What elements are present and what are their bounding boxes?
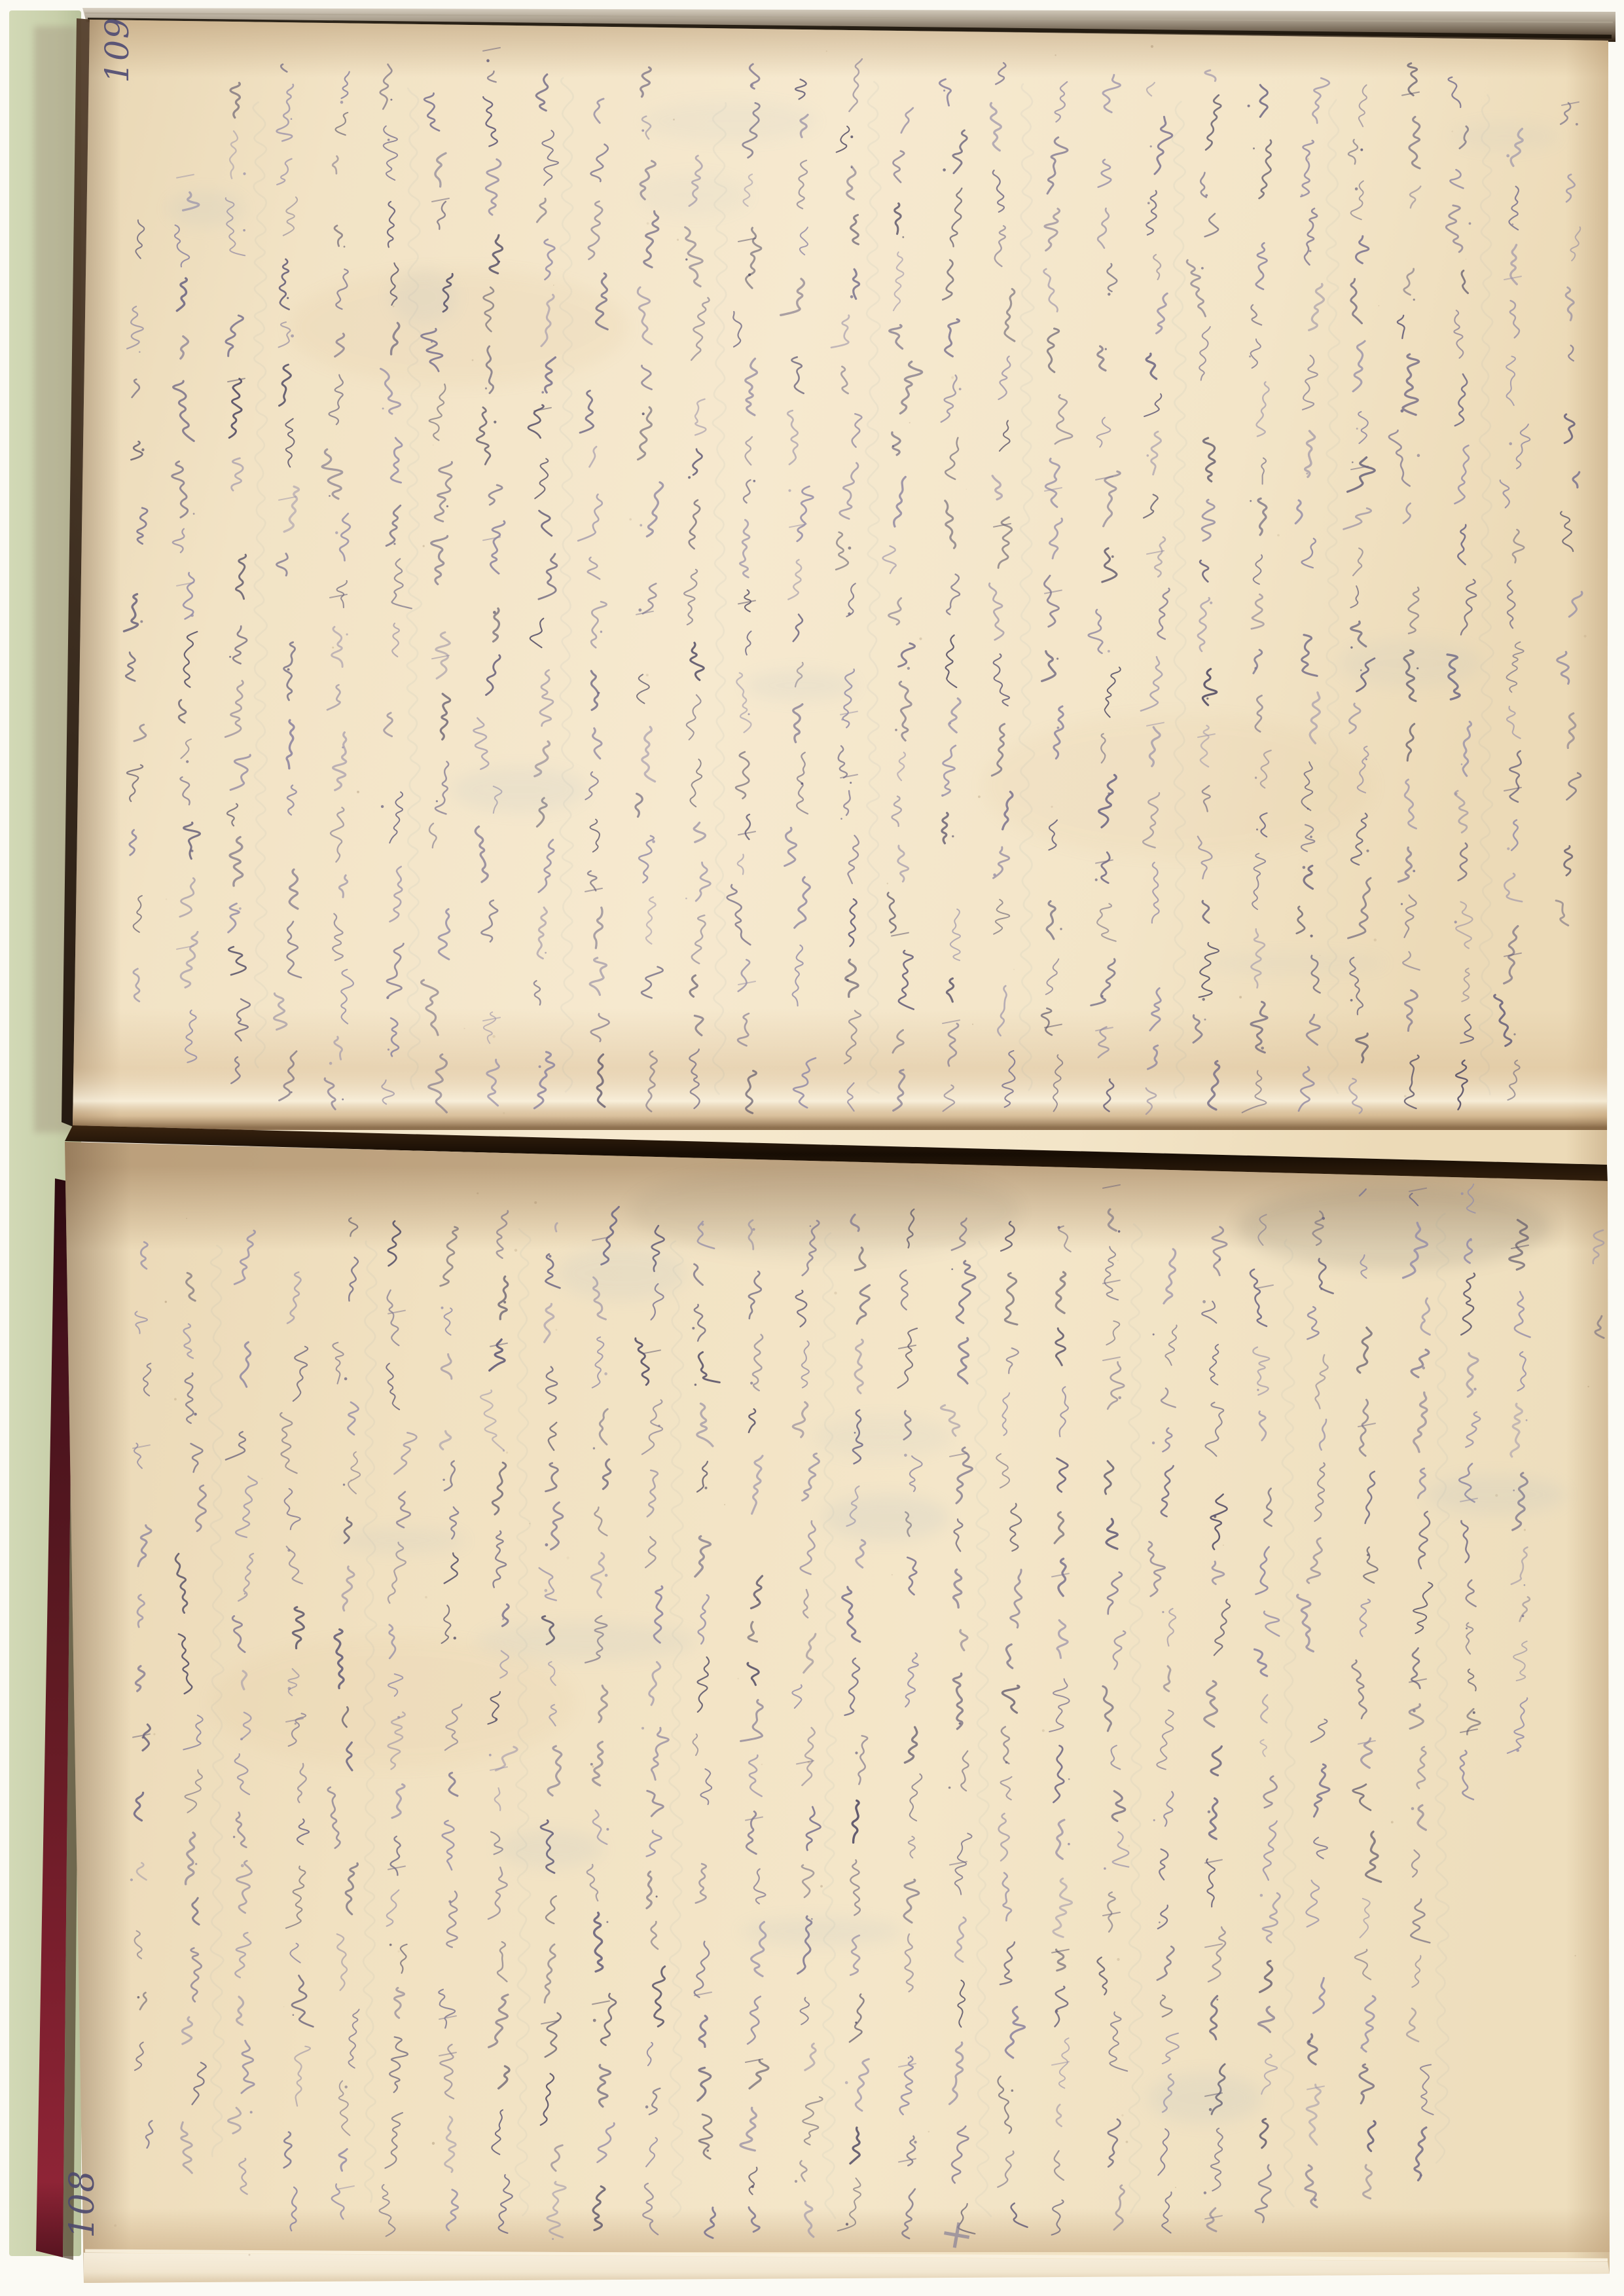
handwriting-dot (329, 495, 331, 497)
handwriting-dot (1352, 462, 1354, 464)
handwriting-dot (195, 1863, 197, 1865)
handwriting-dot (425, 1596, 427, 1599)
handwriting-dot (1151, 45, 1153, 48)
handwriting-dot (605, 1574, 608, 1577)
handwriting-dot (642, 412, 645, 415)
handwriting-dot (887, 883, 888, 884)
handwriting-dot (1068, 1843, 1070, 1846)
handwriting-dot (344, 246, 346, 247)
handwriting-dot (1473, 1388, 1476, 1391)
handwriting-dot (1310, 935, 1313, 938)
handwriting-dot (756, 1599, 759, 1601)
handwriting-dot (436, 800, 438, 802)
handwriting-dot (1309, 250, 1312, 253)
handwriting-dot (1013, 969, 1015, 970)
ink-show-through (744, 670, 857, 701)
handwriting-dot (388, 139, 390, 141)
handwriting-dot (1058, 1226, 1060, 1229)
ink-show-through (814, 1416, 952, 1458)
handwriting-dot (892, 1575, 893, 1576)
handwriting-dot (390, 99, 392, 101)
handwriting-dot (186, 1218, 187, 1219)
handwriting-dot (1118, 1230, 1121, 1233)
handwriting-dot (539, 1065, 541, 1068)
handwriting-dot (1011, 2089, 1014, 2092)
handwriting-dot (1307, 808, 1309, 810)
handwriting-dot (1350, 646, 1352, 648)
handwriting-dot (534, 1201, 537, 1204)
handwriting-dot (1314, 2198, 1317, 2202)
handwriting-dot (243, 172, 245, 175)
handwriting-dot (397, 1716, 400, 1719)
handwriting-dot (1583, 635, 1586, 638)
ink-show-through (642, 101, 818, 141)
scan-image: 109 108 + (0, 0, 1624, 2296)
handwriting-dot (432, 2142, 435, 2145)
handwriting-dot (552, 2238, 554, 2240)
handwriting-dot (142, 1736, 145, 1739)
handwriting-dot (1147, 454, 1149, 457)
handwriting-dot (186, 760, 189, 763)
handwriting-dot (350, 1479, 352, 1481)
handwriting-dot (382, 408, 384, 410)
handwriting-dot (1350, 999, 1353, 1002)
handwriting-dot (1301, 194, 1303, 196)
handwriting-dot (972, 1024, 973, 1025)
handwriting-dot (332, 647, 334, 649)
ink-show-through (497, 1830, 604, 1868)
handwriting-dot (549, 1255, 551, 1258)
foxing-stain (288, 268, 628, 386)
handwriting-dot (1150, 145, 1152, 147)
handwriting-dot (1401, 409, 1404, 412)
handwriting-dot (506, 1451, 508, 1453)
handwriting-dot (638, 608, 641, 611)
handwriting-dot (753, 480, 756, 483)
right-edge-shadow (1566, 1178, 1612, 2285)
handwriting-dot (165, 1301, 167, 1303)
handwriting-dot (848, 612, 850, 615)
handwriting-dot (1587, 1386, 1589, 1387)
handwriting-dot (1461, 763, 1463, 765)
handwriting-dot (1159, 1922, 1161, 1923)
handwriting-dot (153, 1733, 155, 1735)
handwriting-dot (239, 907, 242, 910)
handwriting-dot (1413, 1709, 1416, 1713)
handwriting-dot (529, 1523, 530, 1524)
handwriting-dot (606, 1828, 609, 1831)
handwriting-dot (1152, 1442, 1155, 1444)
handwriting-dot (1204, 2191, 1206, 2194)
handwriting-dot (446, 505, 448, 507)
handwriting-dot (433, 445, 434, 446)
page-number-108: 108 (63, 2169, 102, 2238)
handwriting-dot (1374, 939, 1377, 941)
handwriting-dot (340, 101, 344, 104)
handwriting-dot (941, 794, 944, 797)
handwriting-dot (850, 295, 854, 299)
handwriting-dot (1162, 1611, 1164, 1613)
handwriting-dot (1526, 1419, 1528, 1421)
handwriting-dot (1056, 658, 1058, 660)
handwriting-dot (1055, 2010, 1058, 2013)
handwriting-dot (1470, 1239, 1472, 1241)
handwriting-dot (1255, 776, 1257, 778)
handwriting-dot (567, 1557, 569, 1559)
handwriting-dot (1210, 602, 1212, 604)
handwriting-dot (1108, 650, 1110, 653)
handwriting-dot (1277, 534, 1280, 537)
handwriting-dot (652, 840, 655, 843)
handwriting-dot (826, 50, 827, 52)
handwriting-dot (329, 1062, 333, 1065)
handwriting-dot (477, 1192, 478, 1194)
handwriting-dot (724, 1504, 725, 1505)
handwriting-dot (1466, 259, 1467, 260)
handwriting-dot (1057, 727, 1060, 729)
ink-show-through (390, 270, 457, 325)
handwriting-dot (1303, 866, 1306, 869)
page-number-109: 109 (98, 16, 136, 82)
handwriting-dot (1576, 123, 1578, 126)
handwriting-dot (1208, 1810, 1210, 1813)
handwriting-dot (1202, 1300, 1206, 1303)
handwriting-dot (1121, 2114, 1123, 2116)
handwriting-dot (788, 489, 791, 492)
handwriting-dot (1367, 1554, 1369, 1556)
gray-smudge (1237, 1185, 1551, 1269)
handwriting-dot (233, 1836, 235, 1838)
handwriting-dot (810, 1226, 812, 1228)
handwriting-dot (1101, 995, 1103, 997)
handwriting-dot (393, 306, 395, 308)
handwriting-dot (1051, 806, 1053, 808)
gray-smudge (628, 1164, 1021, 1258)
handwriting-dot (114, 2225, 117, 2227)
handwriting-dot (695, 1383, 696, 1385)
handwriting-dot (1257, 1389, 1259, 1391)
handwriting-dot (498, 261, 500, 263)
handwriting-dot (485, 388, 487, 390)
handwriting-dot (423, 545, 425, 547)
handwriting-dot (751, 84, 753, 86)
handwriting-dot (291, 118, 293, 120)
handwriting-dot (398, 1950, 400, 1952)
handwriting-dot (555, 1329, 557, 1331)
handwriting-dot (1306, 473, 1308, 475)
handwriting-dot (701, 1223, 704, 1226)
handwriting-dot (545, 1589, 548, 1592)
handwriting-dot (1401, 903, 1403, 905)
handwriting-dot (952, 835, 954, 837)
handwriting-dot (1509, 443, 1512, 446)
handwriting-dot (1466, 1628, 1468, 1630)
handwriting-dot (1223, 1544, 1224, 1546)
handwriting-dot (250, 2111, 253, 2113)
handwriting-dot (343, 1484, 345, 1485)
handwriting-dot (1249, 355, 1251, 357)
handwriting-dot (951, 1268, 953, 1270)
handwriting-dot (431, 341, 433, 343)
handwriting-dot (141, 448, 144, 451)
handwriting-dot (1522, 1615, 1525, 1618)
handwriting-dot (1507, 847, 1509, 850)
ink-show-through (1339, 639, 1483, 687)
handwriting-dot (464, 1028, 465, 1029)
handwriting-dot (503, 1449, 505, 1451)
handwriting-dot (1250, 500, 1252, 502)
handwriting-dot (1365, 758, 1367, 760)
handwriting-dot (646, 674, 649, 676)
handwriting-dot (855, 2022, 857, 2024)
handwriting-dot (848, 547, 852, 550)
handwriting-dot (1005, 1761, 1008, 1764)
handwriting-dot (1147, 202, 1150, 204)
handwriting-dot (966, 488, 967, 490)
handwriting-dot (1216, 1999, 1218, 2001)
handwriting-dot (1413, 299, 1415, 301)
handwriting-dot (541, 391, 544, 393)
handwriting-dot (1422, 1366, 1425, 1369)
handwriting-dot (909, 422, 911, 424)
handwriting-dot (1417, 454, 1420, 457)
handwriting-dot (288, 1687, 291, 1690)
handwriting-dot (386, 996, 389, 999)
handwriting-dot (851, 166, 853, 168)
handwriting-dot (448, 1901, 451, 1903)
handwriting-dot (495, 1719, 497, 1721)
handwriting-dot (342, 1099, 344, 1101)
handwriting-dot (753, 1228, 755, 1231)
handwriting-dot (166, 898, 167, 900)
handwriting-dot (1108, 792, 1110, 795)
handwriting-dot (692, 1327, 695, 1330)
handwriting-dot (705, 1487, 708, 1489)
ink-show-through (338, 1528, 466, 1553)
handwriting-dot (1322, 1217, 1325, 1220)
scanned-notebook-photo: 109 108 + (0, 0, 1624, 2296)
handwriting-dot (641, 1727, 644, 1730)
ink-show-through (822, 1495, 949, 1540)
handwriting-dot (1254, 667, 1257, 670)
handwriting-dot (748, 274, 751, 276)
handwriting-dot (1473, 1711, 1475, 1714)
handwriting-dot (1506, 155, 1509, 158)
handwriting-dot (1153, 1819, 1155, 1821)
handwriting-dot (261, 1478, 262, 1480)
handwriting-dot (850, 136, 853, 138)
handwriting-dot (841, 718, 843, 720)
handwriting-dot (454, 1637, 456, 1639)
handwriting-dot (393, 543, 395, 545)
handwriting-dot (1259, 271, 1262, 274)
handwriting-dot (1202, 998, 1205, 1000)
handwriting-dot (846, 979, 849, 981)
handwriting-dot (244, 1593, 246, 1595)
handwriting-dot (1469, 223, 1471, 225)
handwriting-dot (993, 873, 996, 876)
handwriting-dot (855, 1751, 857, 1754)
handwriting-dot (441, 1307, 444, 1309)
handwriting-dot (1256, 829, 1258, 831)
handwriting-dot (1356, 428, 1358, 429)
handwriting-dot (1413, 870, 1415, 873)
crease-shadow (63, 2208, 1614, 2252)
handwriting-dot (1108, 293, 1110, 295)
handwriting-dot (1320, 955, 1320, 956)
handwriting-dot (907, 667, 910, 670)
handwriting-dot (193, 513, 195, 515)
handwriting-dot (606, 1921, 608, 1923)
handwriting-dot (908, 2057, 910, 2059)
handwriting-dot (1308, 2040, 1310, 2043)
handwriting-dot (1068, 1778, 1070, 1780)
page-109-paper (73, 20, 1608, 1165)
handwriting-dot (346, 633, 348, 635)
handwriting-dot (1420, 2174, 1422, 2177)
handwriting-dot (685, 259, 687, 261)
handwriting-dot (139, 351, 141, 353)
handwriting-dot (1126, 2141, 1128, 2143)
handwriting-dot (1454, 920, 1457, 923)
handwriting-stroke (1612, 1220, 1623, 1324)
handwriting-dot (1253, 147, 1255, 149)
handwriting-dot (486, 59, 490, 62)
handwriting-dot (492, 1035, 495, 1038)
handwriting-dot (345, 2086, 348, 2088)
handwriting-dot (750, 1382, 753, 1385)
handwriting-dot (1355, 187, 1358, 191)
handwriting-dot (1524, 1529, 1526, 1531)
handwriting-dot (640, 524, 642, 526)
handwriting-dot (1516, 1749, 1519, 1752)
handwriting-dot (1411, 1807, 1415, 1810)
handwriting-dot (545, 1543, 549, 1546)
handwriting-dot (949, 722, 951, 724)
handwriting-dot (1310, 835, 1312, 838)
handwriting-dot (1104, 1867, 1106, 1870)
handwriting-dot (1111, 555, 1114, 558)
handwriting-dot (761, 1764, 763, 1765)
handwriting-dot (840, 818, 842, 820)
handwriting-dot (688, 476, 691, 479)
ink-show-through (1199, 953, 1388, 974)
handwriting-dot (381, 805, 384, 808)
handwriting-dot (130, 1878, 133, 1881)
handwriting-dot (919, 638, 922, 640)
ink-show-through (1450, 122, 1561, 151)
ink-show-through (740, 1918, 903, 1945)
handwriting-dot (1055, 54, 1056, 56)
handwriting-dot (1153, 1334, 1155, 1336)
handwriting-dot (951, 376, 954, 379)
handwriting-dot (948, 1787, 951, 1789)
handwriting-dot (229, 656, 231, 658)
handwriting-dot (593, 1448, 595, 1449)
handwriting-dot (1118, 1396, 1121, 1400)
handwriting-dot (656, 1895, 658, 1897)
handwriting-dot (895, 729, 897, 731)
handwriting-dot (1128, 1845, 1130, 1847)
handwriting-dot (545, 952, 547, 954)
handwriting-dot (1360, 2047, 1362, 2049)
handwriting-dot (249, 2254, 251, 2256)
handwriting-dot (335, 532, 338, 534)
handwriting-dot (978, 795, 981, 798)
handwriting-dot (388, 1049, 389, 1051)
handwriting-dot (442, 1479, 444, 1481)
handwriting-dot (293, 2014, 295, 2016)
handwriting-dot (174, 1398, 177, 1400)
handwriting-dot (820, 1885, 823, 1887)
handwriting-dot (1366, 850, 1369, 852)
handwriting-dot (1201, 267, 1204, 270)
handwriting-dot (928, 2131, 930, 2133)
handwriting-dot (1239, 996, 1242, 998)
handwriting-dot (243, 229, 245, 232)
handwriting-dot (489, 1754, 492, 1757)
ink-show-through (636, 173, 750, 217)
handwriting-dot (137, 1996, 140, 1999)
handwriting-dot (1205, 194, 1208, 197)
handwriting-dot (514, 1249, 517, 1252)
handwriting-dot (850, 782, 852, 784)
handwriting-dot (389, 1944, 392, 1946)
handwriting-dot (645, 2105, 649, 2109)
handwriting-dot (1117, 1260, 1119, 1262)
handwriting-dot (1451, 130, 1453, 132)
handwriting-dot (598, 692, 600, 694)
ink-show-through (1147, 2073, 1263, 2124)
handwriting-dot (494, 421, 496, 424)
handwriting-dot (472, 359, 474, 361)
handwriting-dot (287, 1549, 290, 1552)
handwriting-dot (1307, 158, 1309, 160)
handwriting-dot (604, 1372, 607, 1376)
handwriting-dot (629, 519, 632, 521)
ink-show-through (476, 1622, 697, 1661)
handwriting-dot (737, 1678, 739, 1680)
handwriting-dot (914, 2141, 916, 2143)
handwriting-dot (1175, 2187, 1176, 2188)
handwriting-dot (706, 2149, 709, 2152)
handwriting-dot (1360, 149, 1363, 151)
handwriting-dot (1105, 348, 1107, 350)
handwriting-dot (342, 746, 344, 748)
handwriting-dot (1095, 879, 1098, 881)
ink-show-through (168, 191, 245, 227)
handwriting-dot (1261, 1047, 1264, 1050)
handwriting-dot (190, 614, 194, 617)
handwriting-dot (892, 445, 894, 447)
handwriting-dot (590, 1763, 593, 1766)
handwriting-dot (845, 2081, 848, 2085)
handwriting-dot (502, 1618, 504, 1620)
handwriting-dot (287, 297, 289, 299)
handwriting-dot (241, 1864, 244, 1867)
handwriting-dot (801, 782, 803, 785)
handwriting-dot (748, 713, 750, 715)
handwriting-dot (854, 1710, 856, 1711)
handwriting-dot (1214, 1516, 1216, 1518)
handwriting-dot (1575, 1955, 1576, 1956)
handwriting-dot (1260, 1894, 1263, 1897)
ink-show-through (452, 767, 586, 812)
handwriting-dot (283, 2006, 285, 2007)
handwriting-dot (287, 668, 290, 671)
right-edge-shadow (1566, 26, 1612, 1165)
handwriting-dot (593, 2019, 596, 2022)
